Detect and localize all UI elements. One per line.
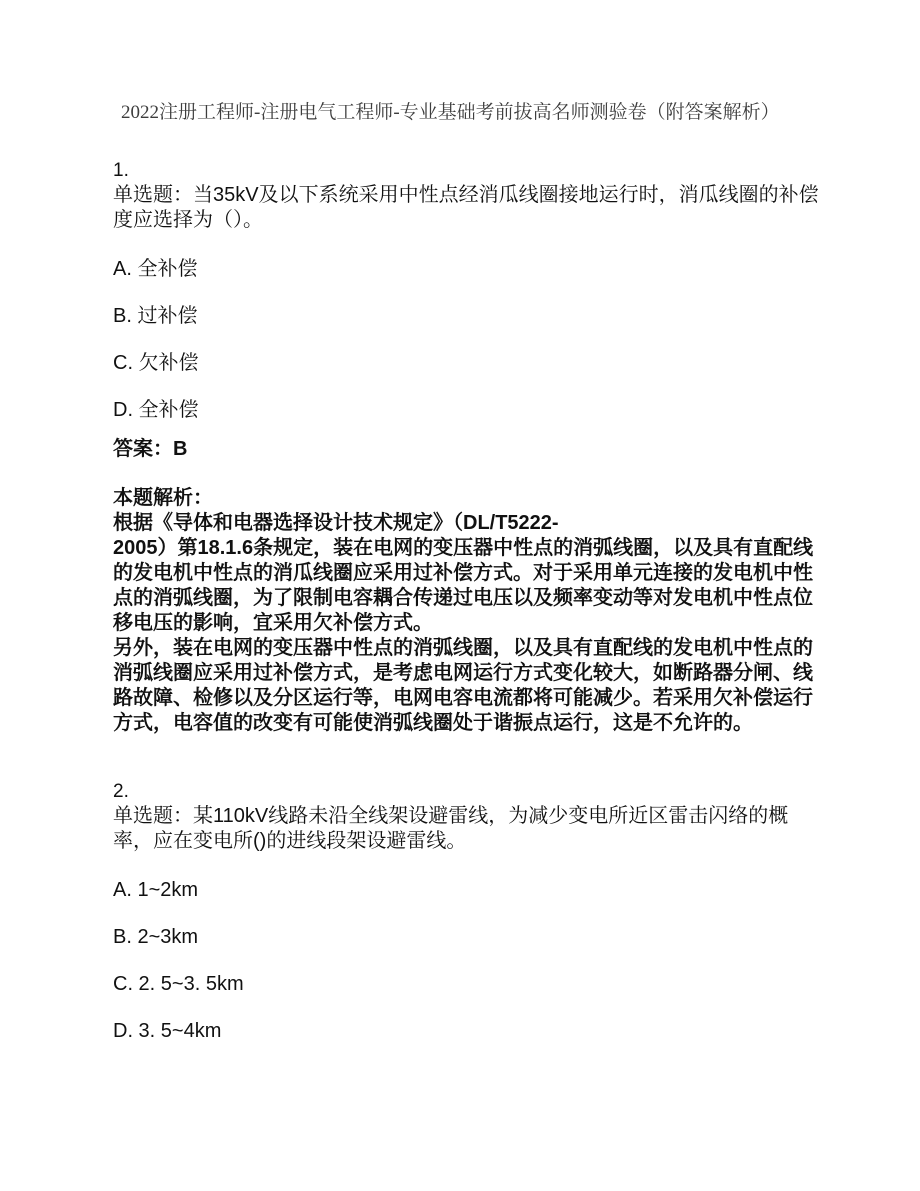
option-c: C. 2. 5~3. 5km bbox=[113, 972, 827, 997]
options-list: A. 1~2km B. 2~3km C. 2. 5~3. 5km D. 3. 5… bbox=[113, 878, 827, 1044]
question-stem: 单选题：某110kV线路未沿全线架设避雷线，为减少变电所近区雷击闪络的概率，应在… bbox=[113, 804, 827, 854]
option-d: D. 全补偿 bbox=[113, 398, 827, 423]
options-list: A. 全补偿 B. 过补偿 C. 欠补偿 D. 全补偿 bbox=[113, 257, 827, 423]
question-1: 1. 单选题：当35kV及以下系统采用中性点经消瓜线圈接地运行时，消瓜线圈的补偿… bbox=[113, 158, 827, 736]
document-page: 2022注册工程师-注册电气工程师-专业基础考前拔高名师测验卷（附答案解析） 1… bbox=[0, 103, 920, 1044]
option-b: B. 2~3km bbox=[113, 925, 827, 950]
analysis-paragraph: 另外，装在电网的变压器中性点的消弧线圈，以及具有直配线的发电机中性点的消弧线圈应… bbox=[113, 636, 827, 736]
option-d: D. 3. 5~4km bbox=[113, 1019, 827, 1044]
answer-line: 答案：B bbox=[113, 437, 827, 462]
document-title: 2022注册工程师-注册电气工程师-专业基础考前拔高名师测验卷（附答案解析） bbox=[121, 103, 920, 122]
option-a: A. 全补偿 bbox=[113, 257, 827, 282]
question-number: 1. bbox=[113, 158, 827, 183]
analysis-heading: 本题解析： bbox=[113, 486, 827, 511]
document-content: 1. 单选题：当35kV及以下系统采用中性点经消瓜线圈接地运行时，消瓜线圈的补偿… bbox=[113, 158, 827, 1044]
question-2: 2. 单选题：某110kV线路未沿全线架设避雷线，为减少变电所近区雷击闪络的概率… bbox=[113, 779, 827, 1044]
option-b: B. 过补偿 bbox=[113, 304, 827, 329]
option-a: A. 1~2km bbox=[113, 878, 827, 903]
analysis-body: 根据《导体和电器选择设计技术规定》（DL/T5222- 2005）第18.1.6… bbox=[113, 511, 827, 736]
analysis-paragraph: 根据《导体和电器选择设计技术规定》（DL/T5222- 2005）第18.1.6… bbox=[113, 511, 827, 636]
option-c: C. 欠补偿 bbox=[113, 351, 827, 376]
question-stem: 单选题：当35kV及以下系统采用中性点经消瓜线圈接地运行时，消瓜线圈的补偿度应选… bbox=[113, 183, 827, 233]
question-number: 2. bbox=[113, 779, 827, 804]
